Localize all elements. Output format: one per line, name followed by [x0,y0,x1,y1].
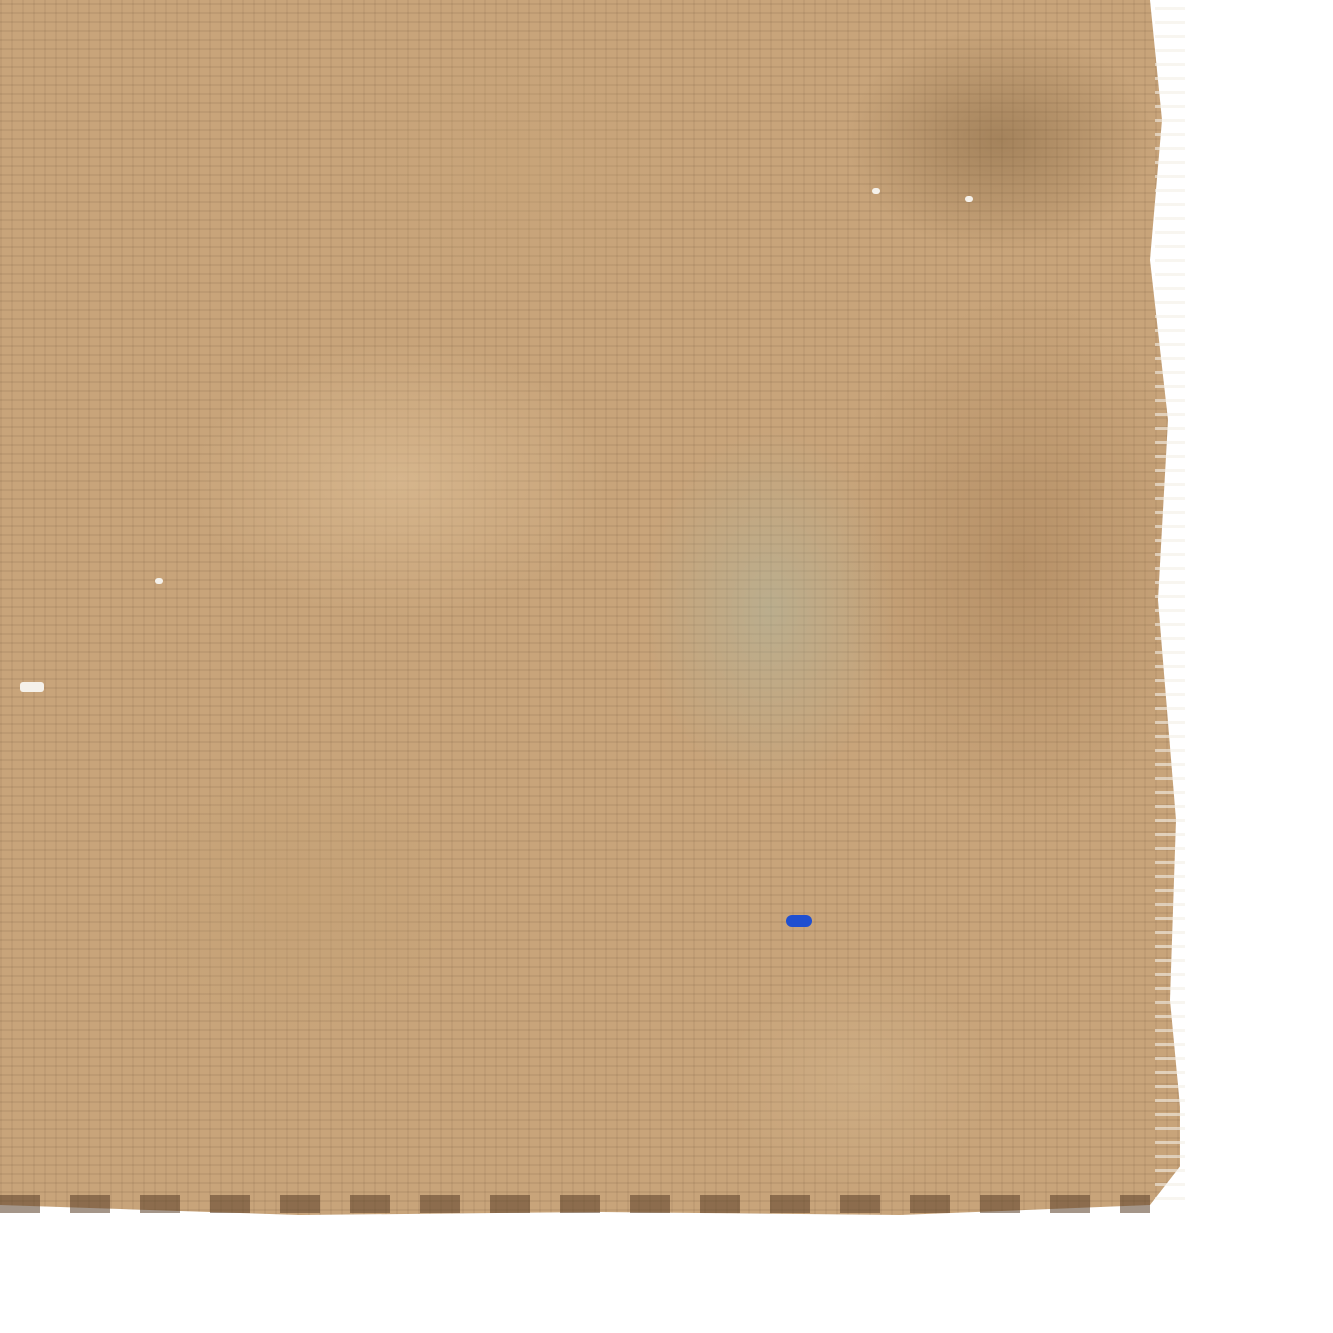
rug-corner [0,0,1180,1220]
white-speck [965,196,973,202]
rug-side-fringe [1155,0,1185,1200]
blue-yarn-fleck [786,915,812,927]
white-speck [155,578,163,584]
white-speck [872,188,880,194]
rug-photo [0,0,1333,1333]
white-speck [20,682,44,692]
rug-bottom-edge [0,1195,1150,1213]
